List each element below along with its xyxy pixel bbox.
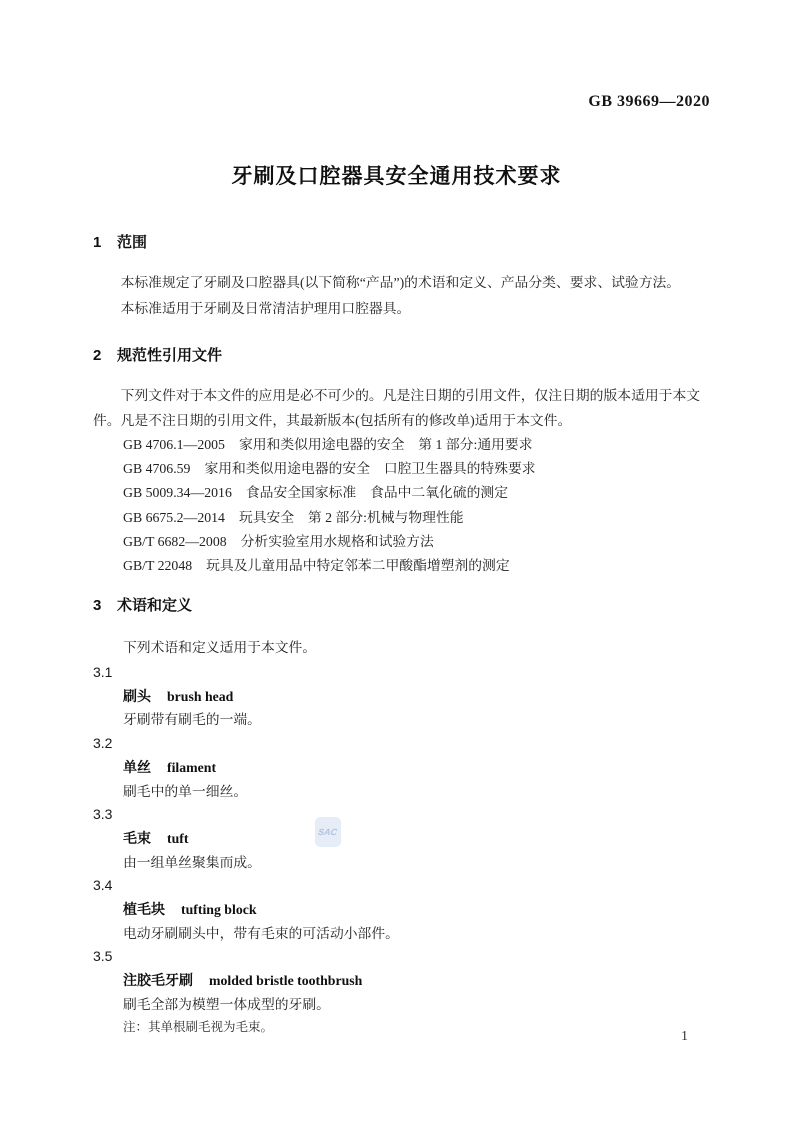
sac-watermark-logo: SAC: [315, 817, 341, 847]
term-name-en: filament: [167, 760, 216, 775]
section-heading-normative-references: 2规范性引用文件: [93, 344, 222, 365]
reference-code: GB 6675.2—2014: [123, 510, 225, 525]
term-definition: 由一组单丝聚集而成。: [93, 851, 717, 875]
term-name: 植毛块tufting block: [93, 898, 717, 922]
reference-code: GB/T 6682—2008: [123, 534, 227, 549]
term-name: 刷头brush head: [93, 685, 717, 709]
reference-item: GB 4706.59家用和类似用途电器的安全 口腔卫生器具的特殊要求: [93, 457, 717, 481]
term-name-zh: 毛束: [123, 830, 151, 846]
reference-title: 家用和类似用途电器的安全 口腔卫生器具的特殊要求: [204, 461, 535, 476]
term-definition: 刷毛全部为模塑一体成型的牙刷。: [93, 993, 717, 1017]
term-number: 3.5: [93, 945, 717, 969]
term-name-zh: 植毛块: [123, 901, 165, 917]
section-number: 1: [93, 234, 117, 251]
section-heading-terms: 3术语和定义: [93, 594, 192, 615]
section-title: 规范性引用文件: [117, 347, 222, 364]
section-number: 2: [93, 347, 117, 364]
term-entry: 3.5 注胶毛牙刷molded bristle toothbrush 刷毛全部为…: [93, 945, 717, 1037]
terms-list: 3.1 刷头brush head 牙刷带有刷毛的一端。 3.2 单丝filame…: [93, 661, 717, 1038]
term-name-zh: 单丝: [123, 759, 151, 775]
scope-paragraph: 本标准规定了牙刷及口腔器具(以下简称“产品”)的术语和定义、产品分类、要求、试验…: [93, 270, 717, 296]
reference-title: 玩具及儿童用品中特定邻苯二甲酸酯增塑剂的测定: [206, 558, 510, 573]
term-name-en: molded bristle toothbrush: [209, 973, 362, 988]
sac-watermark-text: SAC: [318, 827, 338, 837]
term-name-en: tufting block: [181, 902, 257, 917]
term-number: 3.3: [93, 803, 717, 827]
scope-paragraphs: 本标准规定了牙刷及口腔器具(以下简称“产品”)的术语和定义、产品分类、要求、试验…: [93, 270, 717, 321]
section-title: 术语和定义: [117, 597, 192, 614]
reference-code: GB 5009.34—2016: [123, 485, 232, 500]
scope-paragraph: 本标准适用于牙刷及日常清洁护理用口腔器具。: [93, 296, 717, 322]
reference-item: GB 6675.2—2014玩具安全 第 2 部分:机械与物理性能: [93, 506, 717, 530]
reference-code: GB 4706.1—2005: [123, 437, 225, 452]
reference-code: GB 4706.59: [123, 461, 190, 476]
standard-code: GB 39669—2020: [588, 93, 710, 111]
term-entry: 3.2 单丝filament 刷毛中的单一细丝。: [93, 732, 717, 803]
references-intro: 下列文件对于本文件的应用是必不可少的。凡是注日期的引用文件，仅注日期的版本适用于…: [93, 383, 717, 433]
reference-title: 家用和类似用途电器的安全 第 1 部分:通用要求: [239, 437, 533, 452]
term-name-en: brush head: [167, 689, 233, 704]
term-name: 毛束tuft: [93, 827, 717, 851]
document-page: GB 39669—2020 牙刷及口腔器具安全通用技术要求 1范围 本标准规定了…: [0, 0, 793, 1122]
term-name-zh: 注胶毛牙刷: [123, 972, 193, 988]
document-title: 牙刷及口腔器具安全通用技术要求: [0, 160, 793, 190]
term-definition: 牙刷带有刷毛的一端。: [93, 708, 717, 732]
term-entry: 3.3 毛束tuft 由一组单丝聚集而成。: [93, 803, 717, 874]
reference-item: GB 4706.1—2005家用和类似用途电器的安全 第 1 部分:通用要求: [93, 433, 717, 457]
reference-title: 食品安全国家标准 食品中二氧化硫的测定: [246, 485, 508, 500]
term-name: 注胶毛牙刷molded bristle toothbrush: [93, 969, 717, 993]
section-title: 范围: [117, 234, 147, 251]
reference-item: GB 5009.34—2016食品安全国家标准 食品中二氧化硫的测定: [93, 481, 717, 505]
reference-item: GB/T 6682—2008分析实验室用水规格和试验方法: [93, 530, 717, 554]
term-name-en: tuft: [167, 831, 188, 846]
references-list: GB 4706.1—2005家用和类似用途电器的安全 第 1 部分:通用要求 G…: [93, 433, 717, 578]
terms-intro: 下列术语和定义适用于本文件。: [93, 636, 747, 660]
term-definition: 刷毛中的单一细丝。: [93, 780, 717, 804]
reference-item: GB/T 22048玩具及儿童用品中特定邻苯二甲酸酯增塑剂的测定: [93, 554, 717, 578]
term-number: 3.4: [93, 874, 717, 898]
reference-title: 分析实验室用水规格和试验方法: [241, 534, 434, 549]
term-entry: 3.4 植毛块tufting block 电动牙刷刷头中，带有毛束的可活动小部件…: [93, 874, 717, 945]
reference-title: 玩具安全 第 2 部分:机械与物理性能: [239, 510, 464, 525]
page-number: 1: [681, 1029, 688, 1045]
section-number: 3: [93, 597, 117, 614]
term-number: 3.2: [93, 732, 717, 756]
section-heading-scope: 1范围: [93, 231, 147, 252]
term-entry: 3.1 刷头brush head 牙刷带有刷毛的一端。: [93, 661, 717, 732]
term-name: 单丝filament: [93, 756, 717, 780]
term-note: 注：其单根刷毛视为毛束。: [93, 1017, 717, 1038]
term-name-zh: 刷头: [123, 688, 151, 704]
term-definition: 电动牙刷刷头中，带有毛束的可活动小部件。: [93, 922, 717, 946]
reference-code: GB/T 22048: [123, 558, 192, 573]
term-number: 3.1: [93, 661, 717, 685]
